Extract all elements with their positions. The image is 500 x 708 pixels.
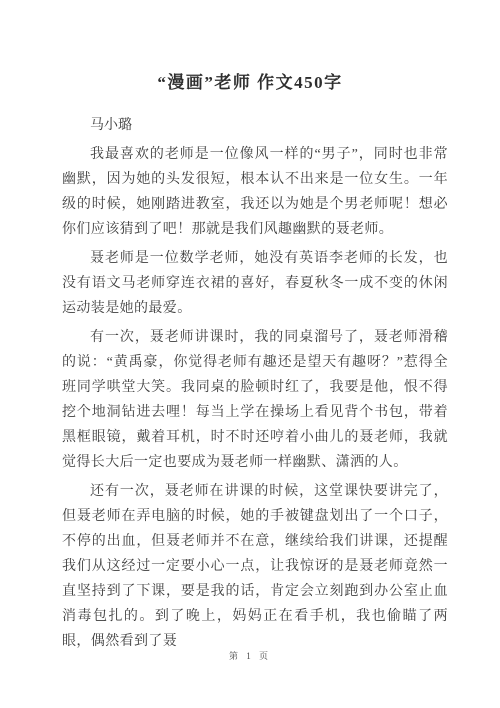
essay-paragraph: 我最喜欢的老师是一位像风一样的“男子”，同时也非常幽默，因为她的头发很短，根本认… bbox=[62, 142, 448, 242]
page-number: 第 1 页 bbox=[0, 649, 500, 662]
document-page: “漫画”老师 作文450字 马小璐 我最喜欢的老师是一位像风一样的“男子”，同时… bbox=[0, 0, 500, 708]
essay-author: 马小璐 bbox=[62, 113, 448, 138]
essay-paragraph: 聂老师是一位数学老师，她没有英语李老师的长发，也没有语文马老师穿连衣裙的喜好，春… bbox=[62, 246, 448, 321]
essay-paragraph: 还有一次，聂老师在讲课的时候，这堂课快要讲完了，但聂老师在弄电脑的时候，她的手被… bbox=[62, 479, 448, 654]
essay-paragraph: 有一次，聂老师讲课时，我的同桌溜号了，聂老师滑稽的说：“黄禹豪，你觉得老师有趣还… bbox=[62, 325, 448, 475]
essay-title: “漫画”老师 作文450字 bbox=[0, 0, 500, 93]
